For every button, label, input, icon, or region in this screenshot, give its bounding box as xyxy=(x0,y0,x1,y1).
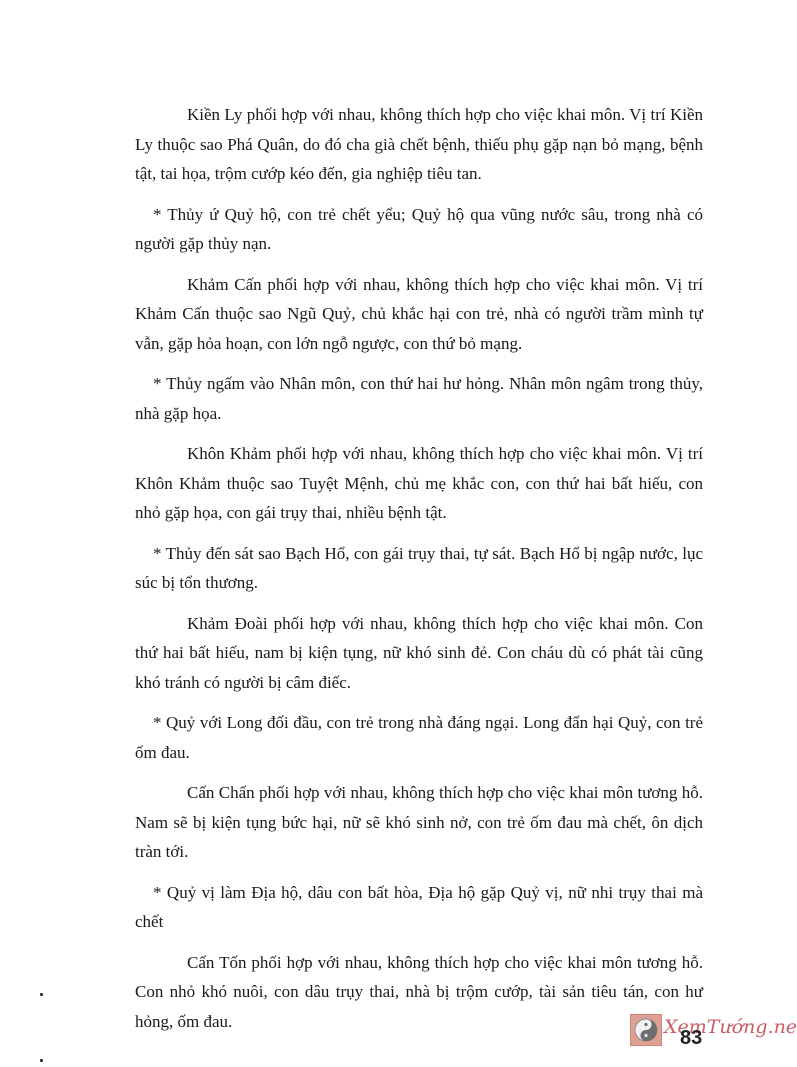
paragraph-kien-ly: Kiền Ly phối hợp với nhau, không thích h… xyxy=(135,100,703,189)
paragraph-can-chan: Cấn Chấn phối hợp với nhau, không thích … xyxy=(135,778,703,867)
scan-speck xyxy=(40,1059,43,1062)
yin-yang-icon xyxy=(630,1014,662,1046)
scan-speck xyxy=(40,993,43,996)
note-paragraph: * Quỷ vị làm Địa hộ, dâu con bất hòa, Đị… xyxy=(135,878,703,937)
paragraph-kham-doai: Khảm Đoài phối hợp với nhau, không thích… xyxy=(135,609,703,698)
page-number: 83 xyxy=(680,1027,702,1050)
note-paragraph: * Thủy đến sát sao Bạch Hổ, con gái trụy… xyxy=(135,539,703,598)
paragraph-khon-kham: Khôn Khảm phối hợp với nhau, không thích… xyxy=(135,439,703,528)
note-paragraph: * Thủy ngấm vào Nhân môn, con thứ hai hư… xyxy=(135,369,703,428)
paragraph-kham-can: Khảm Cấn phối hợp với nhau, không thích … xyxy=(135,270,703,359)
paragraph-can-ton: Cấn Tốn phối hợp với nhau, không thích h… xyxy=(135,948,703,1037)
document-body: Kiền Ly phối hợp với nhau, không thích h… xyxy=(135,100,703,1047)
note-paragraph: * Thủy ứ Quỷ hộ, con trẻ chết yểu; Quỷ h… xyxy=(135,200,703,259)
note-paragraph: * Quỷ với Long đối đầu, con trẻ trong nh… xyxy=(135,708,703,767)
watermark: XemTướng.net xyxy=(630,1014,790,1048)
